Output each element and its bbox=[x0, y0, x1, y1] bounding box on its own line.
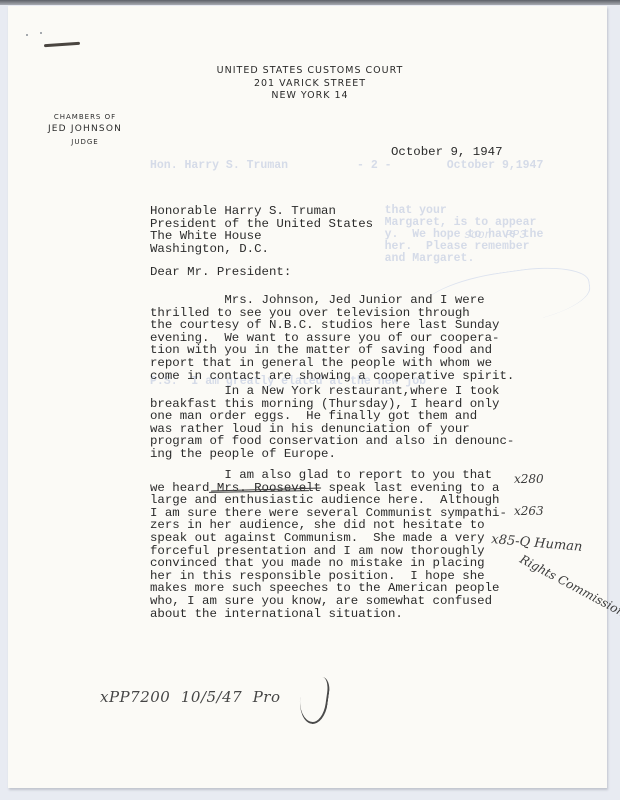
margin-note-x280: x280 bbox=[514, 472, 544, 486]
paragraph-1: Mrs. Johnson, Jed Junior and I were thri… bbox=[150, 294, 514, 382]
letterhead-city: NEW YORK 14 bbox=[200, 90, 420, 103]
judge-name: JED JOHNSON bbox=[40, 122, 130, 136]
scanner-top-edge bbox=[0, 0, 620, 5]
speck bbox=[40, 32, 42, 34]
recipient-address: Honorable Harry S. Truman President of t… bbox=[150, 205, 373, 255]
speck bbox=[26, 34, 28, 36]
letterhead: UNITED STATES CUSTOMS COURT 201 VARICK S… bbox=[200, 65, 420, 103]
paragraph-2: In a New York restaurant,where I took br… bbox=[150, 385, 514, 461]
salutation: Dear Mr. President: bbox=[150, 266, 291, 279]
judge-title: JUDGE bbox=[40, 136, 130, 148]
letter-date: October 9, 1947 bbox=[391, 146, 503, 159]
margin-note-x263: x263 bbox=[514, 504, 544, 518]
paragraph-3: I am also glad to report to you that we … bbox=[150, 469, 507, 620]
bleed-through-margin: soon PP3 bbox=[464, 230, 526, 242]
bottom-filing-note: xPP7200 10/5/47 Pro bbox=[100, 688, 281, 706]
letterhead-street: 201 VARICK STREET bbox=[200, 78, 420, 91]
chambers-label: CHAMBERS OF bbox=[40, 112, 130, 122]
bleed-through-header: Hon. Harry S. Truman - 2 - October 9,194… bbox=[150, 160, 543, 172]
chambers-block: CHAMBERS OF JED JOHNSON JUDGE bbox=[40, 112, 130, 148]
letterhead-court: UNITED STATES CUSTOMS COURT bbox=[200, 65, 420, 78]
